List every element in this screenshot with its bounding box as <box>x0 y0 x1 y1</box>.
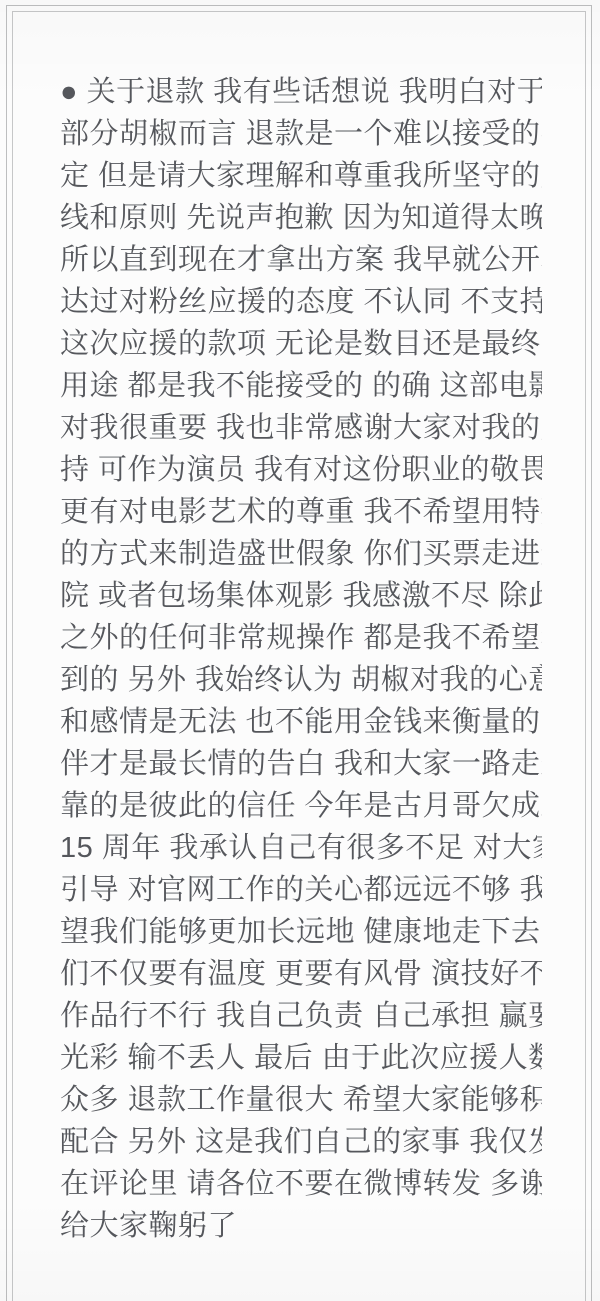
text-line: 引导 对官网工作的关心都远远不够 我希 <box>60 869 542 911</box>
text-line: 线和原则 先说声抱歉 因为知道得太晚 <box>60 197 542 239</box>
text-line: 作品行不行 我自己负责 自己承担 赢要 <box>60 995 542 1037</box>
statement-paragraph: ● 关于退款 我有些话想说 我明白对于大部分胡椒而言 退款是一个难以接受的决定 … <box>60 71 542 1247</box>
text-line: 到的 另外 我始终认为 胡椒对我的心意 <box>60 659 542 701</box>
text-line: 这次应援的款项 无论是数目还是最终的 <box>60 323 542 365</box>
text-line: 伴才是最长情的告白 我和大家一路走来 <box>60 743 542 785</box>
text-line: 之外的任何非常规操作 都是我不希望看 <box>60 617 542 659</box>
text-line: 院 或者包场集体观影 我感激不尽 除此 <box>60 575 542 617</box>
text-line: 靠的是彼此的信任 今年是古月哥欠成立 <box>60 785 542 827</box>
text-line: 在评论里 请各位不要在微博转发 多谢 <box>60 1163 542 1205</box>
text-line: 15 周年 我承认自己有很多不足 对大家的 <box>60 827 542 869</box>
text-line: 配合 另外 这是我们自己的家事 我仅发 <box>60 1121 542 1163</box>
text-line: 部分胡椒而言 退款是一个难以接受的决 <box>60 113 542 155</box>
text-line: 众多 退款工作量很大 希望大家能够积极 <box>60 1079 542 1121</box>
text-line: 更有对电影艺术的尊重 我不希望用特殊 <box>60 491 542 533</box>
text-line: 达过对粉丝应援的态度 不认同 不支持 <box>60 281 542 323</box>
text-line: 望我们能够更加长远地 健康地走下去 我 <box>60 911 542 953</box>
text-line: 给大家鞠躬了 <box>60 1205 542 1247</box>
text-line: 所以直到现在才拿出方案 我早就公开表 <box>60 239 542 281</box>
text-line: 的方式来制造盛世假象 你们买票走进影 <box>60 533 542 575</box>
text-line: 光彩 输不丢人 最后 由于此次应援人数 <box>60 1037 542 1079</box>
text-line: 和感情是无法 也不能用金钱来衡量的 陪 <box>60 701 542 743</box>
text-line: 定 但是请大家理解和尊重我所坚守的底 <box>60 155 542 197</box>
text-line: 们不仅要有温度 更要有风骨 演技好不好 <box>60 953 542 995</box>
text-line: 持 可作为演员 我有对这份职业的敬畏 <box>60 449 542 491</box>
text-line: ● 关于退款 我有些话想说 我明白对于大 <box>60 71 542 113</box>
text-line: 对我很重要 我也非常感谢大家对我的支 <box>60 407 542 449</box>
text-line: 用途 都是我不能接受的 的确 这部电影 <box>60 365 542 407</box>
statement-card: ● 关于退款 我有些话想说 我明白对于大部分胡椒而言 退款是一个难以接受的决定 … <box>0 0 600 1301</box>
